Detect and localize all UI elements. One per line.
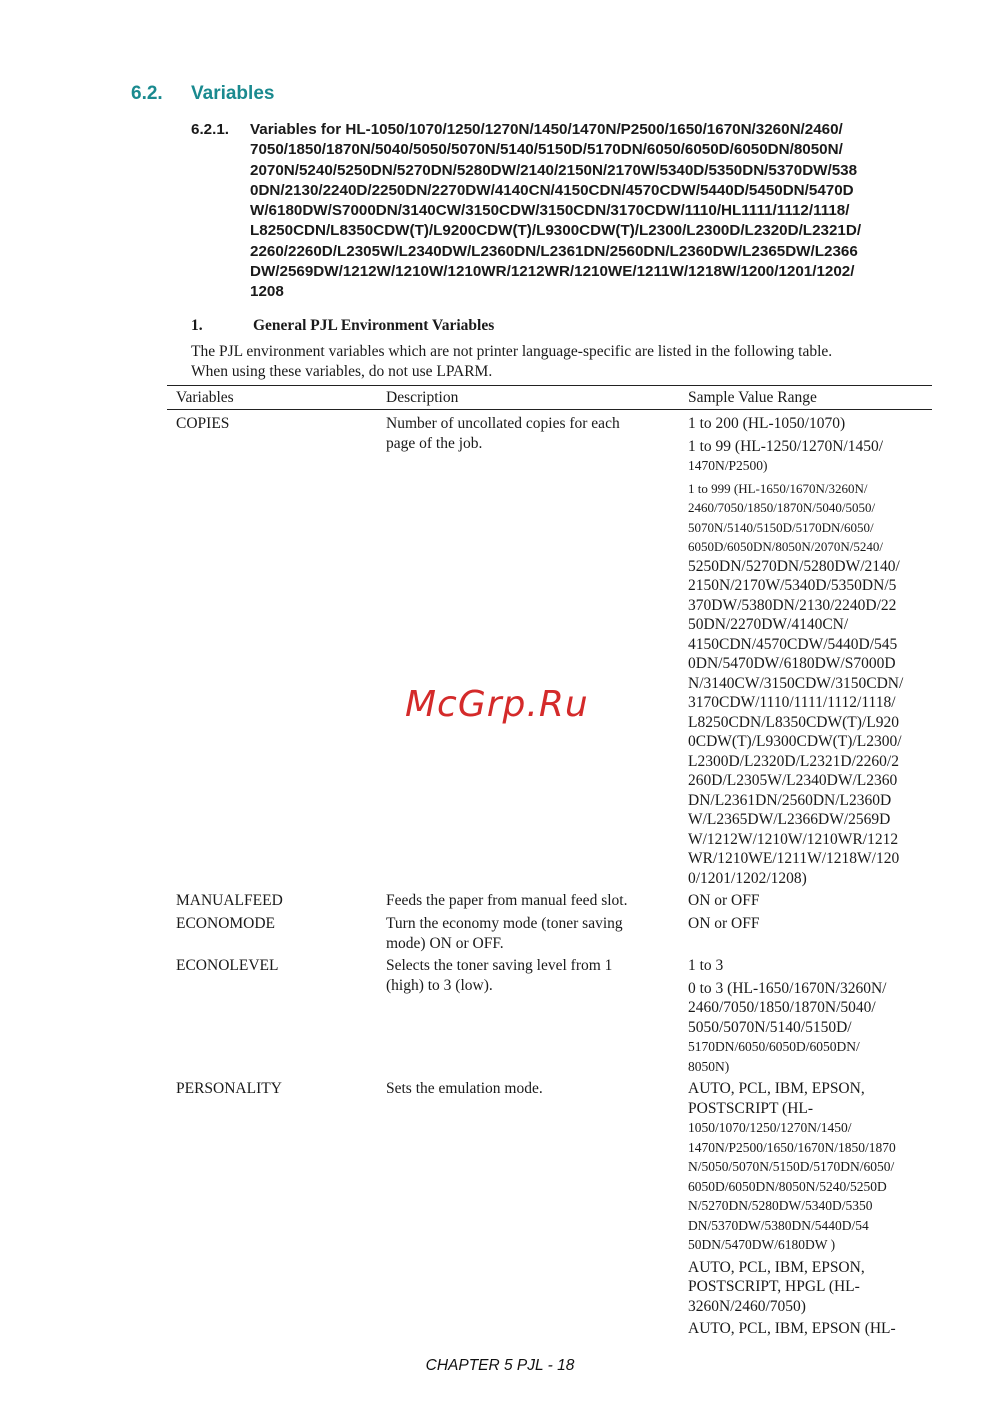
sample-value-range: ON or OFF — [688, 891, 928, 914]
value-entry: ON or OFF — [688, 891, 928, 911]
item-number: 1. — [191, 317, 253, 335]
header-variables: Variables — [176, 389, 376, 407]
subsection-heading: 6.2.1. Variables for HL-1050/1070/1250/1… — [191, 120, 941, 303]
variable-description: Number of uncollated copies for eachpage… — [386, 414, 666, 453]
subsection-title-line: 2260/2260D/L2305W/L2340DW/L2360DN/L2361D… — [250, 242, 941, 262]
intro-line: When using these variables, do not use L… — [191, 362, 931, 382]
variable-name: ECONOLEVEL — [176, 956, 376, 976]
variable-description: Turn the economy mode (toner savingmode)… — [386, 914, 666, 953]
variable-description: Selects the toner saving level from 1(hi… — [386, 956, 666, 995]
subsection-title-line: W/6180DW/S7000DN/3140CW/3150CDW/3150CDN/… — [250, 201, 941, 221]
subsection-title-line: DW/2569DW/1212W/1210W/1210WR/1212WR/1210… — [250, 262, 941, 282]
section-heading: 6.2.Variables — [131, 83, 274, 105]
subsection-number: 6.2.1. — [191, 120, 229, 140]
sample-value-range: AUTO, PCL, IBM, EPSON,POSTSCRIPT (HL-105… — [688, 1079, 928, 1342]
value-entry: 1 to 999 (HL-1650/1670N/3260N/2460/7050/… — [688, 479, 928, 889]
subsection-title: Variables for HL-1050/1070/1250/1270N/14… — [250, 120, 941, 303]
table-header: Variables Description Sample Value Range — [167, 385, 932, 410]
page-footer: CHAPTER 5 PJL - 18 — [0, 1357, 1000, 1375]
item-title: General PJL Environment Variables — [253, 317, 494, 334]
subsection-title-line: Variables for HL-1050/1070/1250/1270N/14… — [250, 120, 941, 140]
value-entry: 1 to 200 (HL-1050/1070) — [688, 414, 928, 434]
section-title: Variables — [191, 83, 274, 104]
variable-name: PERSONALITY — [176, 1079, 376, 1099]
subsection-title-line: 1208 — [250, 282, 941, 302]
intro-line: The PJL environment variables which are … — [191, 342, 931, 362]
header-description: Description — [386, 389, 666, 407]
variable-name: MANUALFEED — [176, 891, 376, 911]
intro-paragraph: The PJL environment variables which are … — [191, 342, 931, 381]
subsection-title-line: 0DN/2130/2240D/2250DN/2270DW/4140CN/4150… — [250, 181, 941, 201]
value-entry: 1 to 3 — [688, 956, 928, 976]
subsection-title-line: L8250CDN/L8350CDW(T)/L9200CDW(T)/L9300CD… — [250, 221, 941, 241]
subsection-title-line: 2070N/5240/5250DN/5270DN/5280DW/2140/215… — [250, 161, 941, 181]
variable-name: ECONOMODE — [176, 914, 376, 934]
section-number: 6.2. — [131, 83, 191, 105]
value-entry: AUTO, PCL, IBM, EPSON (HL- — [688, 1319, 928, 1339]
subsection-title-line: 7050/1850/1870N/5040/5050/5070N/5140/515… — [250, 140, 941, 160]
value-entry: AUTO, PCL, IBM, EPSON,POSTSCRIPT (HL-105… — [688, 1079, 928, 1255]
variable-description: Feeds the paper from manual feed slot. — [386, 891, 666, 911]
value-entry: ON or OFF — [688, 914, 928, 934]
value-entry: AUTO, PCL, IBM, EPSON,POSTSCRIPT, HPGL (… — [688, 1258, 928, 1317]
item-heading: 1.General PJL Environment Variables — [191, 317, 494, 335]
header-sample-value-range: Sample Value Range — [688, 389, 928, 407]
variable-description: Sets the emulation mode. — [386, 1079, 666, 1099]
sample-value-range: 1 to 200 (HL-1050/1070)1 to 99 (HL-1250/… — [688, 414, 928, 891]
watermark: McGrp.Ru — [405, 684, 589, 725]
value-entry: 1 to 99 (HL-1250/1270N/1450/1470N/P2500) — [688, 437, 928, 476]
variables-table: Variables Description Sample Value Range… — [167, 385, 932, 410]
sample-value-range: 1 to 30 to 3 (HL-1650/1670N/3260N/2460/7… — [688, 956, 928, 1079]
value-entry: 0 to 3 (HL-1650/1670N/3260N/2460/7050/18… — [688, 979, 928, 1077]
sample-value-range: ON or OFF — [688, 914, 928, 937]
variable-name: COPIES — [176, 414, 376, 434]
